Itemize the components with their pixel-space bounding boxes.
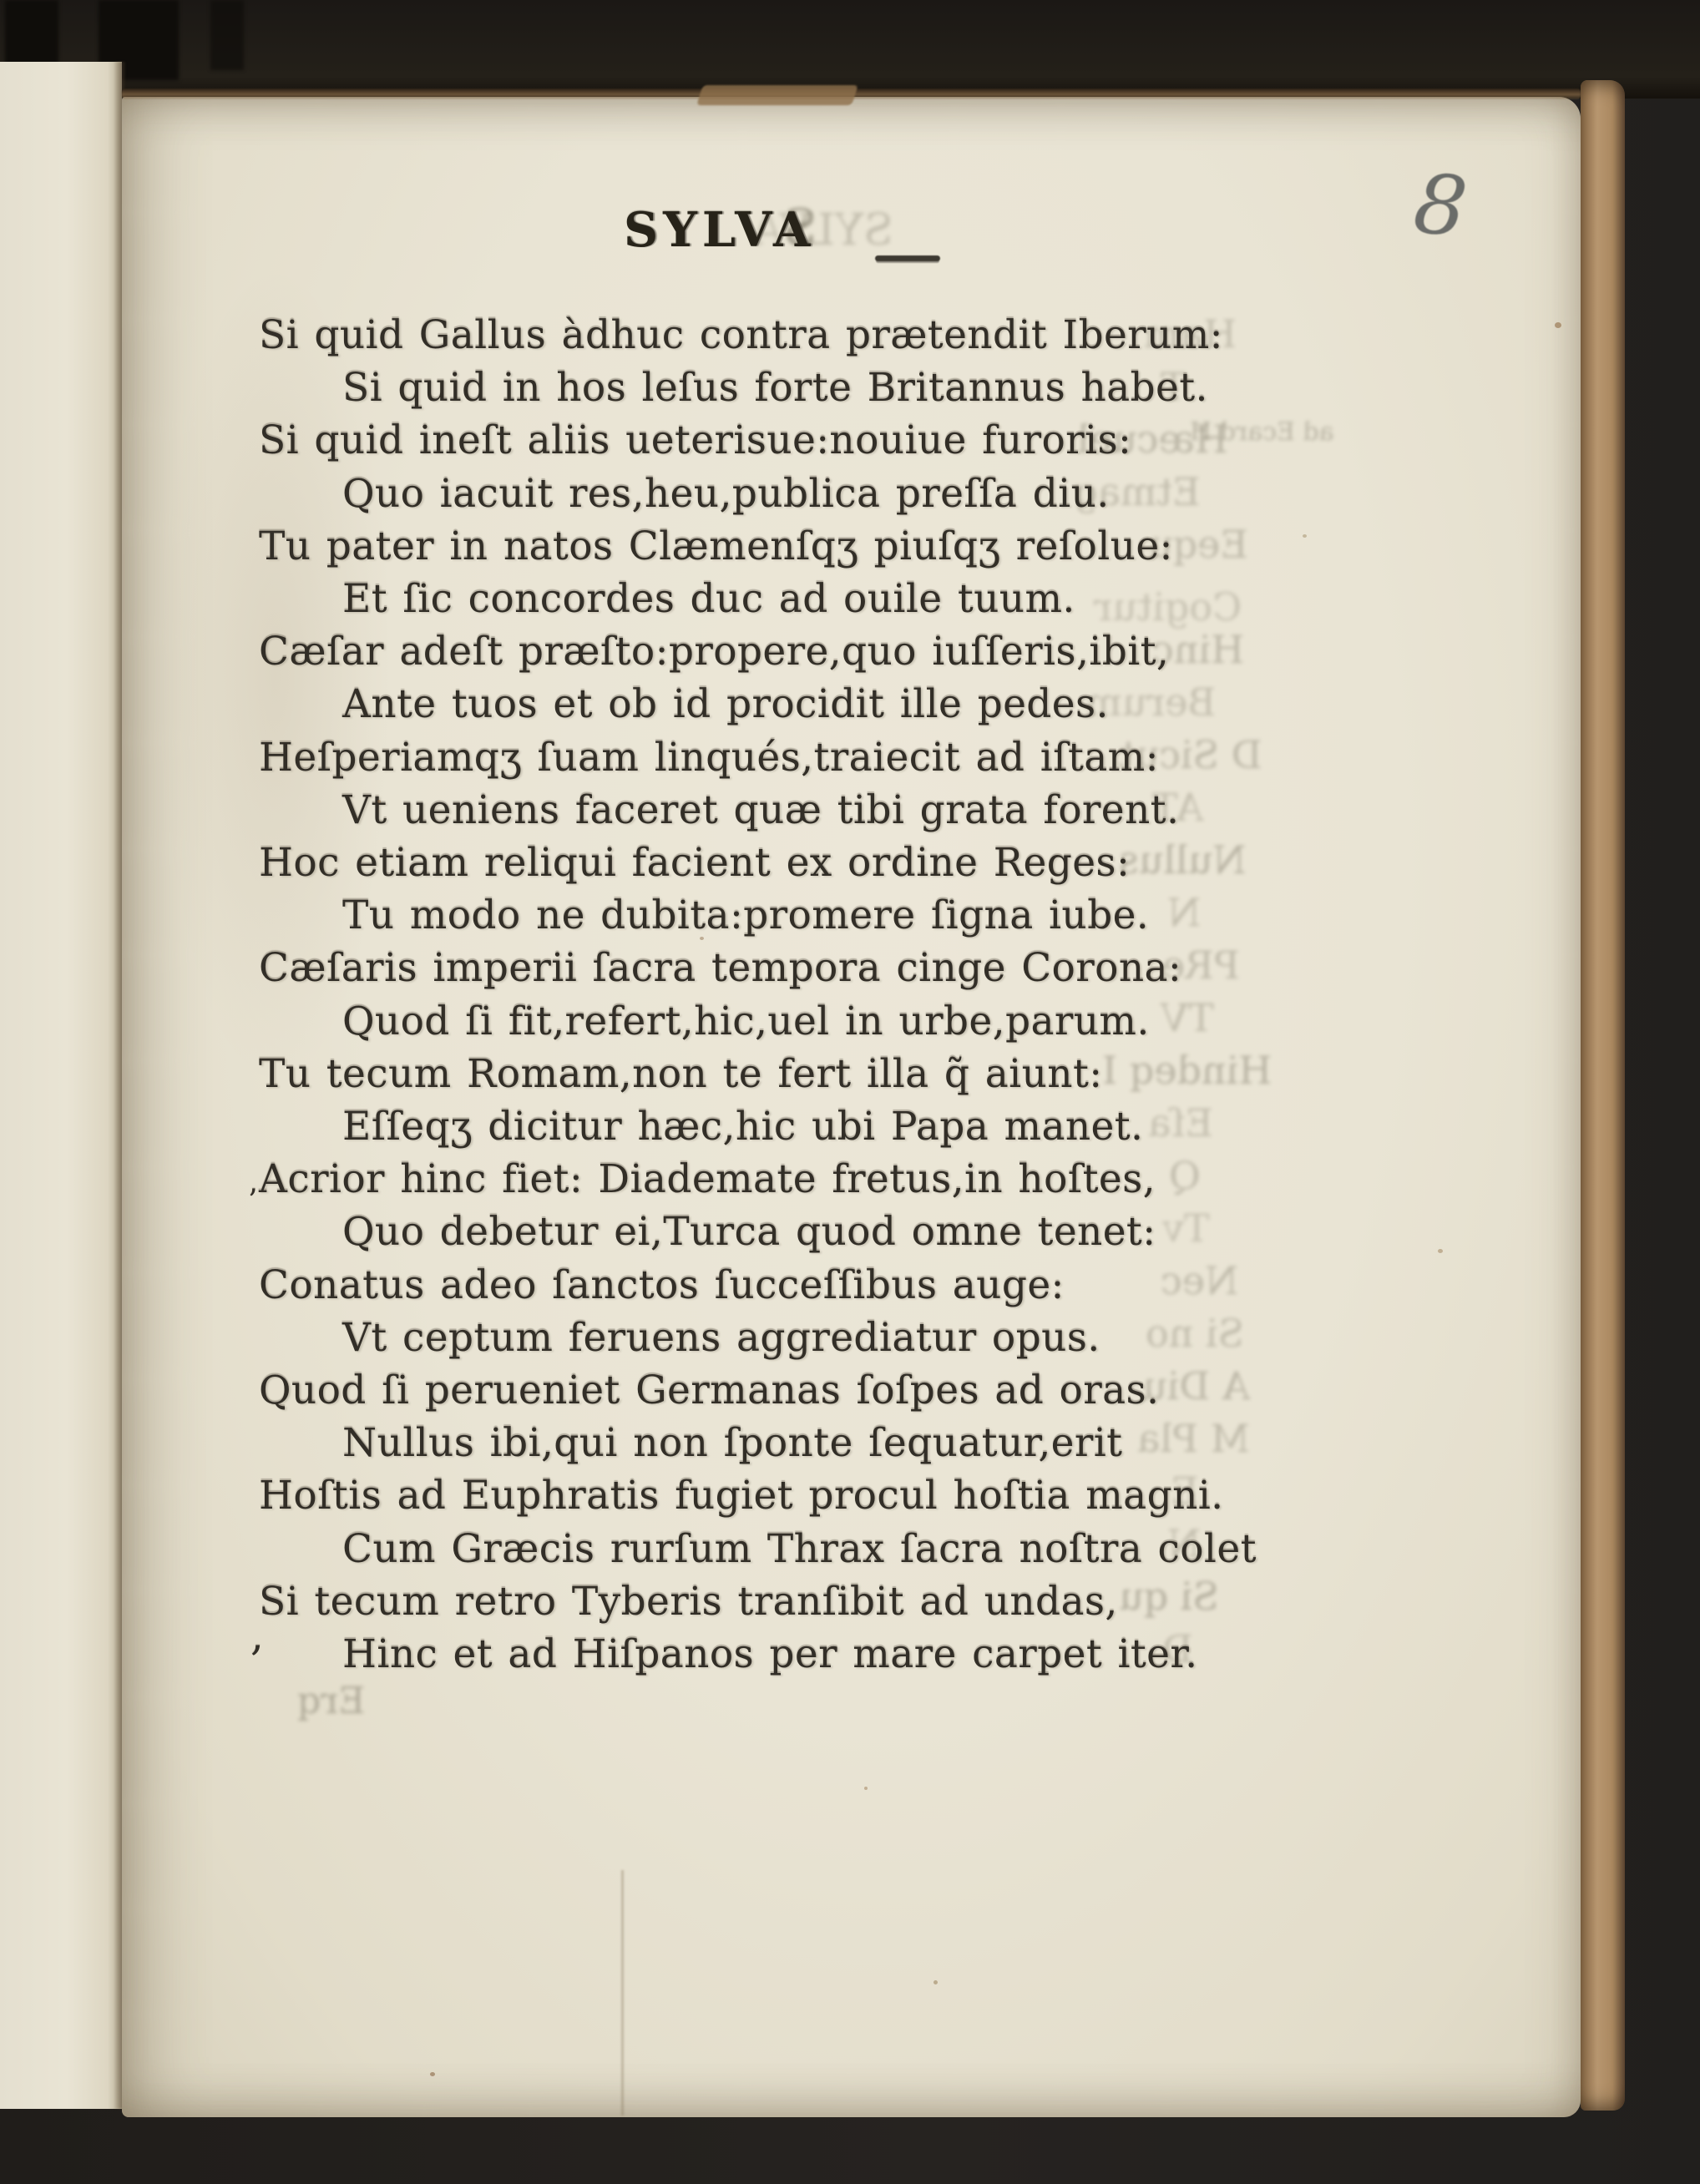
marginal-ink-mark: , xyxy=(250,1611,264,1660)
poem-line: Hinc et ad Hiſpanos per mare carpet iter… xyxy=(342,1628,1257,1681)
poem-line: Acrior hinc fiet: Diademate fretus,in ho… xyxy=(259,1153,1257,1206)
marginal-ink-mark: ’ xyxy=(248,1184,257,1218)
foxing-speck xyxy=(377,800,381,803)
poem-line: Tu tecum Romam,non te fert illa q̃ aiunt… xyxy=(259,1048,1257,1100)
poem-line: Vt ceptum feruens aggrediatur opus. xyxy=(342,1312,1257,1364)
poem-line: Quo iacuit res,heu,publica preſſa diu. xyxy=(342,468,1257,520)
short-rule xyxy=(875,255,940,261)
foxing-speck xyxy=(700,937,704,940)
foxing-speck xyxy=(430,2072,435,2076)
foxing-speck xyxy=(1438,1249,1443,1253)
poem-line: Hoſtis ad Euphratis fugiet procul hoſtia… xyxy=(259,1469,1257,1522)
foxing-speck xyxy=(864,1787,868,1790)
poem-line: Nullus ibi,qui non ſponte ſequatur,erit xyxy=(342,1417,1257,1469)
poem-line: Si tecum retro Tyberis tranſibit ad unda… xyxy=(259,1575,1257,1628)
poem-line: Vt ueniens faceret quæ tibi grata forent… xyxy=(342,784,1257,837)
poem-line: Conatus adeo ſanctos ſucceſſibus auge: xyxy=(259,1259,1257,1312)
book-photo-scene: SYLVASHamTHæcuelEtmagEequad Ecard HCogit… xyxy=(0,0,1700,2184)
folio-number: 8 xyxy=(1409,156,1471,256)
poem-line: Quod ſi fit,refert,hic,uel in urbe,parum… xyxy=(342,995,1257,1048)
page-top-edge-stain xyxy=(696,85,858,105)
poem-line: Tu pater in natos Clæmenſqʒ piuſqʒ reſol… xyxy=(259,520,1257,573)
poem-line: Ante tuos et ob id procidit ille pedes. xyxy=(342,678,1257,731)
page-title: SYLVA xyxy=(624,202,815,258)
poem-line: Cæſar adeſt præſto:propere,quo iuſſeris,… xyxy=(259,625,1257,678)
poem-line: Tu modo ne dubita:promere ſigna iube. xyxy=(342,889,1257,942)
paper-crease xyxy=(621,1870,624,2116)
poem-line: Et ſic concordes duc ad ouile tuum. xyxy=(342,573,1257,625)
facing-page-edge xyxy=(0,62,122,2109)
foxing-speck xyxy=(933,1980,938,1984)
foxing-speck xyxy=(1303,534,1307,538)
poem-line: Quod ſi perueniet Germanas ſoſpes ad ora… xyxy=(259,1364,1257,1417)
foxing-speck xyxy=(1555,322,1561,328)
poem-line: Heſperiamqʒ ſuam linqués,traiecit ad iſt… xyxy=(259,731,1257,784)
binding-spine-band xyxy=(210,0,244,70)
poem-line: Quo debetur ei,Turca quod omne tenet: xyxy=(342,1206,1257,1258)
poem-line: Si quid in hos leſus forte Britannus hab… xyxy=(342,361,1257,414)
poem-line: Si quid Gallus àdhuc contra prætendit Ib… xyxy=(259,309,1257,361)
poem-line: Cum Græcis rurſum Thrax ſacra noſtra col… xyxy=(342,1523,1257,1575)
poem-line: Eſſeqʒ dicitur hæc,hic ubi Papa manet. xyxy=(342,1100,1257,1153)
show-through-text: Erq xyxy=(297,1680,365,1722)
poem-line: Si quid ineſt aliis ueterisue:nouiue fur… xyxy=(259,414,1257,467)
poem-line: Cæſaris imperii ſacra tempora cinge Coro… xyxy=(259,942,1257,994)
background-top-band xyxy=(0,0,1700,99)
page-fore-edge xyxy=(1581,80,1625,2111)
poem-text-block: Si quid Gallus àdhuc contra prætendit Ib… xyxy=(259,309,1257,1681)
poem-line: Hoc etiam reliqui facient ex ordine Rege… xyxy=(259,837,1257,889)
